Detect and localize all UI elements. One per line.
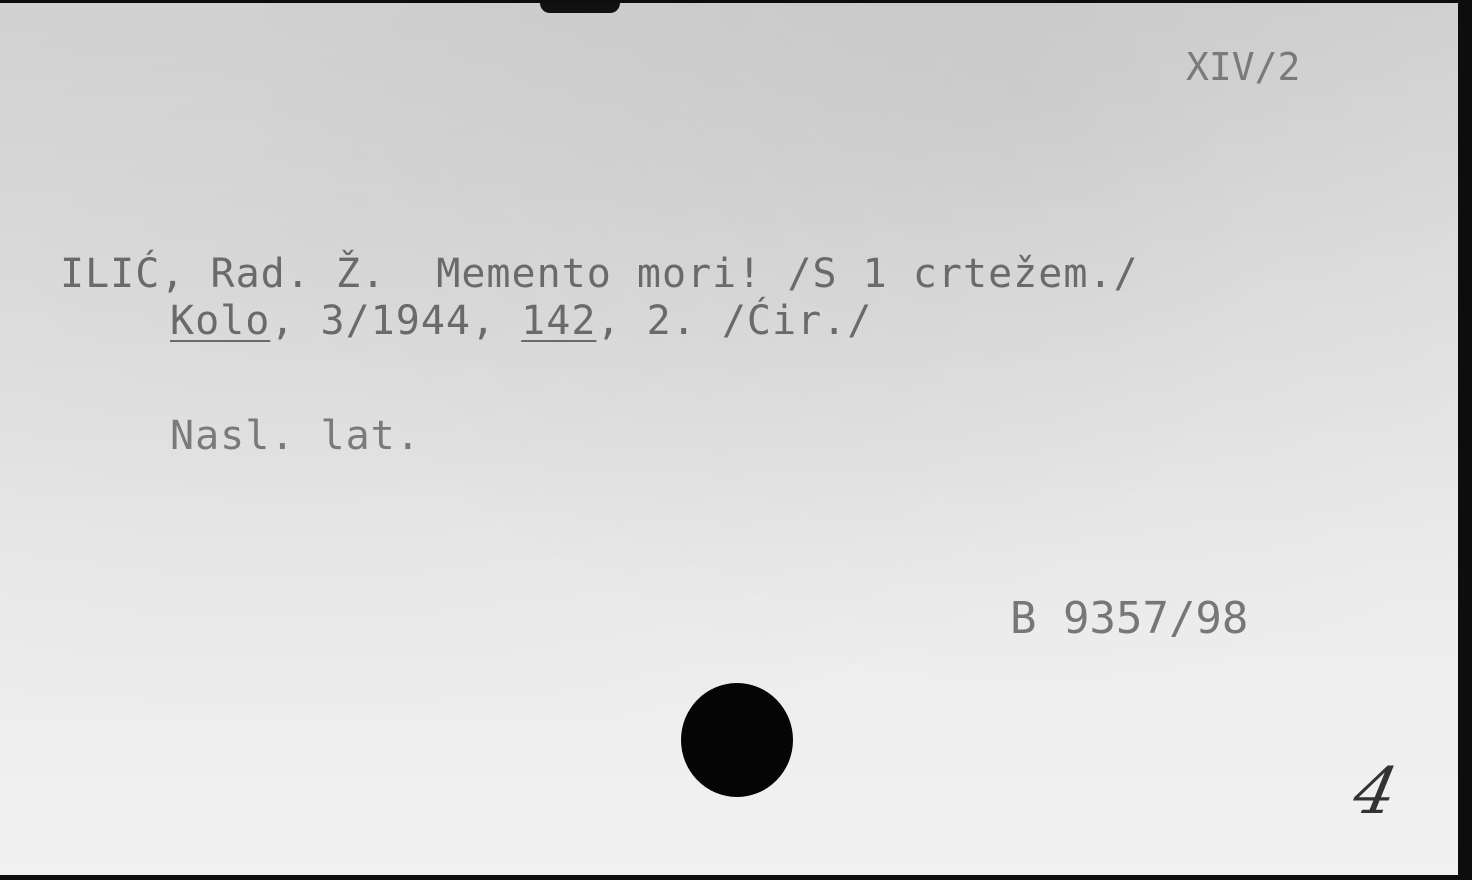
- remark: Nasl. lat.: [170, 413, 421, 459]
- handwritten-number: 4: [1347, 755, 1403, 829]
- source-rest: , 2.: [596, 298, 696, 344]
- entry-source-line: Kolo, 3/1944, 142, 2. /Ćir./: [170, 298, 872, 344]
- author: ILIĆ, Rad. Ž.: [60, 251, 386, 297]
- classmark: XIV/2: [1186, 45, 1300, 89]
- entry-heading-line: ILIĆ, Rad. Ž. Memento mori! /S 1 crtežem…: [60, 251, 1139, 297]
- catalog-card: XIV/2 ILIĆ, Rad. Ž. Memento mori! /S 1 c…: [0, 3, 1458, 875]
- source-page: 142: [521, 298, 596, 344]
- title: Memento mori!: [436, 251, 762, 297]
- punch-hole: [681, 683, 793, 797]
- illustration-note: /S 1 crtežem./: [787, 251, 1138, 297]
- accession-number: B 9357/98: [1010, 593, 1248, 644]
- card-notch: [540, 3, 620, 13]
- source-journal: Kolo: [170, 298, 270, 344]
- script-note: /Ćir./: [722, 298, 873, 344]
- source-issue: 3/1944,: [321, 298, 497, 344]
